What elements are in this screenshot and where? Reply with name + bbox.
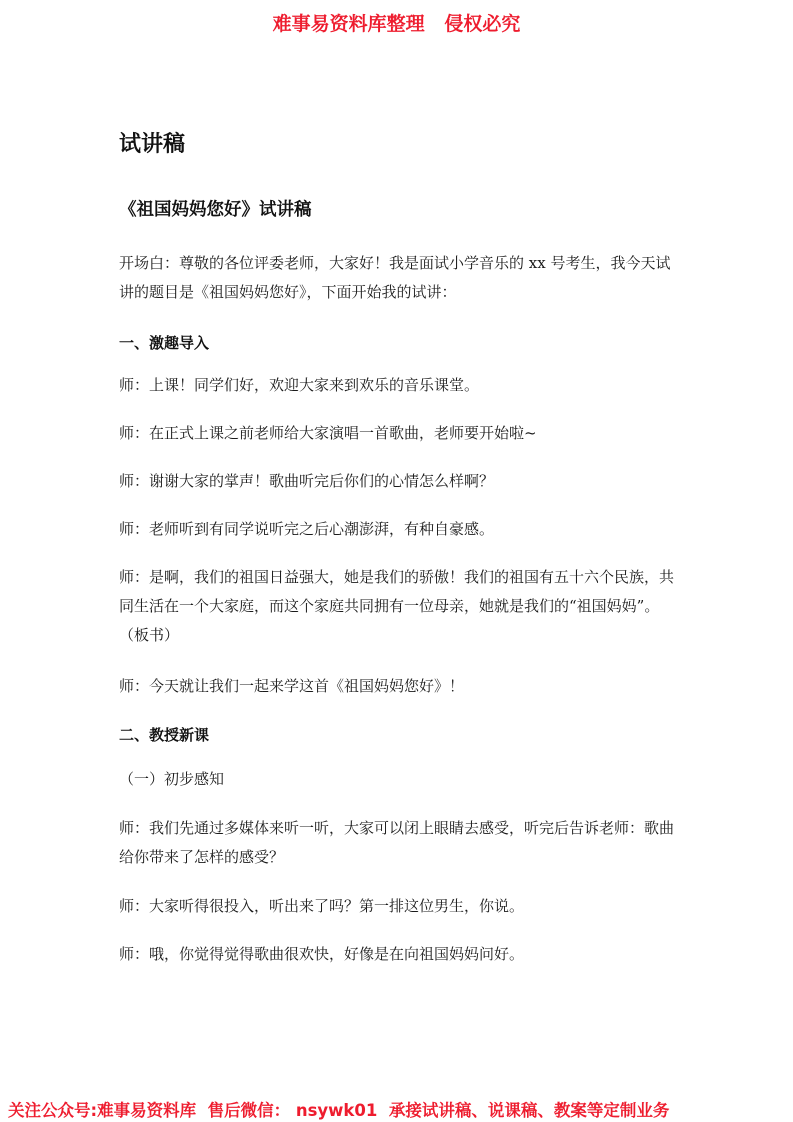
document-subtitle: 《祖国妈妈您好》试讲稿 [119,196,312,221]
paragraph: 师：老师听到有同学说听完之后心潮澎湃，有种自豪感。 [119,515,679,544]
section-heading-1: 一、激趣导入 [119,332,209,353]
section-heading-2: 二、教授新课 [119,724,209,745]
paragraph: 师：我们先通过多媒体来听一听，大家可以闭上眼睛去感受，听完后告诉老师：歌曲给你带… [119,814,679,872]
subsection-heading: （一）初步感知 [119,765,679,794]
paragraph: 师：大家听得很投入，听出来了吗？第一排这位男生，你说。 [119,892,679,921]
header-watermark: 难事易资料库整理 侵权必究 [0,9,793,36]
footer-watermark: 关注公众号:难事易资料库 售后微信： nsywk01 承接试讲稿、说课稿、教案等… [8,1097,793,1121]
paragraph: 师：哦，你觉得觉得歌曲很欢快，好像是在向祖国妈妈问好。 [119,940,679,969]
paragraph: 师：是啊，我们的祖国日益强大，她是我们的骄傲！我们的祖国有五十六个民族，共同生活… [119,563,679,650]
paragraph: 师：谢谢大家的掌声！歌曲听完后你们的心情怎么样啊？ [119,467,679,496]
paragraph: 师：今天就让我们一起来学这首《祖国妈妈您好》！ [119,672,679,701]
paragraph: 师：上课！同学们好，欢迎大家来到欢乐的音乐课堂。 [119,371,679,400]
document-title: 试讲稿 [119,127,185,158]
paragraph: 师：在正式上课之前老师给大家演唱一首歌曲，老师要开始啦~ [119,419,679,448]
intro-paragraph: 开场白：尊敬的各位评委老师，大家好！我是面试小学音乐的 xx 号考生，我今天试讲… [119,249,679,307]
